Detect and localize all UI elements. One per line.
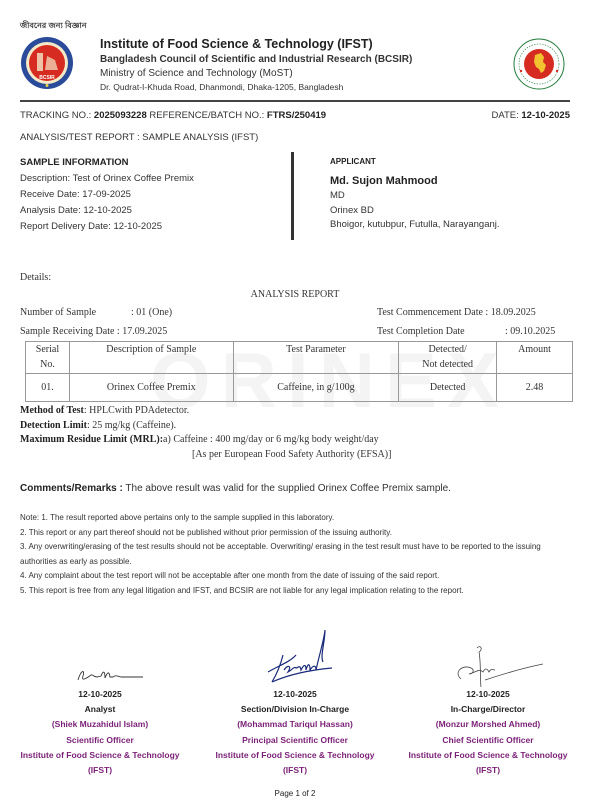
analysis-date: Analysis Date: 12-10-2025 xyxy=(20,203,194,219)
bcsir-logo: BCSIR xyxy=(20,36,74,90)
mrl-source: [As per European Food Safety Authority (… xyxy=(20,448,391,463)
results-table: SerialNo. Description of Sample Test Par… xyxy=(25,341,573,402)
number-of-sample-value: : 01 (One) xyxy=(131,307,172,318)
detection-limit: Detection Limit: 25 mg/kg (Caffeine). xyxy=(20,419,391,434)
table-row: 01. Orinex Coffee Premix Caffeine, in g/… xyxy=(26,374,573,402)
number-of-sample-label: Number of Sample xyxy=(20,307,131,318)
signatory-institute-abbr: (IFST) xyxy=(393,763,583,778)
signatory-designation: Chief Scientific Officer xyxy=(393,733,583,748)
signatory-name: (Mohammad Tariqul Hassan) xyxy=(200,717,390,732)
signatory-designation: Principal Scientific Officer xyxy=(200,733,390,748)
date-value: 12-10-2025 xyxy=(521,110,570,121)
method-of-test: Method of Test: HPLCwith PDAdetector. xyxy=(20,404,391,419)
cell-parameter: Caffeine, in g/100g xyxy=(233,374,399,402)
applicant-name: Md. Sujon Mahmood xyxy=(330,174,500,189)
test-completion-date: Test Completion Date: 09.10.2025 xyxy=(377,326,555,337)
signatory-role: Section/Division In-Charge xyxy=(200,702,390,717)
signatory-role: In-Charge/Director xyxy=(393,702,583,717)
reference-number: FTRS/250419 xyxy=(267,110,326,121)
section-divider xyxy=(291,152,294,240)
signatory-institute-abbr: (IFST) xyxy=(5,763,195,778)
signature-image xyxy=(200,622,390,687)
note-item: 5. This report is free from any legal li… xyxy=(20,584,575,599)
number-of-sample: Number of Sample: 01 (One) xyxy=(20,307,172,318)
date-label: DATE: xyxy=(491,110,521,121)
signature-image xyxy=(393,622,583,687)
receive-date: Receive Date: 17-09-2025 xyxy=(20,187,194,203)
test-methods: Method of Test: HPLCwith PDAdetector. De… xyxy=(20,404,391,462)
sample-receiving-date: Sample Receiving Date : 17.09.2025 xyxy=(20,326,167,337)
applicant-heading: APPLICANT xyxy=(330,155,500,170)
signatory-institute: Institute of Food Science & Technology xyxy=(5,748,195,763)
signature-image xyxy=(5,622,195,687)
page-number: Page 1 of 2 xyxy=(0,789,590,798)
council-name: Bangladesh Council of Scientific and Ind… xyxy=(100,52,412,67)
tracking-number: 2025093228 xyxy=(94,110,147,121)
table-header-row: SerialNo. Description of Sample Test Par… xyxy=(26,342,573,374)
bangladesh-government-seal xyxy=(513,38,565,90)
cell-detected: Detected xyxy=(399,374,497,402)
report-type: ANALYSIS/TEST REPORT : SAMPLE ANALYSIS (… xyxy=(20,132,258,143)
signatory-designation: Scientific Officer xyxy=(5,733,195,748)
applicant-company: Orinex BD xyxy=(330,204,500,219)
completion-label: Test Completion Date xyxy=(377,326,505,337)
header-divider xyxy=(20,100,570,102)
signatory-institute-abbr: (IFST) xyxy=(200,763,390,778)
comments-remarks: Comments/Remarks : The above result was … xyxy=(20,483,451,494)
tracking-label: TRACKING NO.: xyxy=(20,110,94,121)
header-description: Description of Sample xyxy=(69,342,233,374)
header-detected: Detected/Not detected xyxy=(399,342,497,374)
signatory-director: 12-10-2025 In-Charge/Director (Monzur Mo… xyxy=(393,622,583,778)
test-commencement-date: Test Commencement Date : 18.09.2025 xyxy=(377,307,536,318)
header-parameter: Test Parameter xyxy=(233,342,399,374)
signatory-date: 12-10-2025 xyxy=(200,687,390,702)
report-date: DATE: 12-10-2025 xyxy=(491,110,570,121)
institute-name: Institute of Food Science & Technology (… xyxy=(100,36,412,52)
applicant-information: APPLICANT Md. Sujon Mahmood MD Orinex BD… xyxy=(330,155,500,233)
note-item: 2. This report or any part thereof shoul… xyxy=(20,526,575,541)
signatory-date: 12-10-2025 xyxy=(5,687,195,702)
comments-label: Comments/Remarks : xyxy=(20,483,123,494)
note-item: Note: 1. The result reported above perta… xyxy=(20,511,575,526)
sample-description: Description: Test of Orinex Coffee Premi… xyxy=(20,171,194,187)
signatory-institute: Institute of Food Science & Technology xyxy=(200,748,390,763)
signatory-division-incharge: 12-10-2025 Section/Division In-Charge (M… xyxy=(200,622,390,778)
tracking-row: TRACKING NO.: 2025093228 REFERENCE/BATCH… xyxy=(20,110,570,121)
completion-value: : 09.10.2025 xyxy=(505,326,555,337)
cell-serial: 01. xyxy=(26,374,70,402)
maximum-residue-limit: Maximum Residue Limit (MRL):a) Caffeine … xyxy=(20,433,391,448)
note-item: 4. Any complaint about the test report w… xyxy=(20,569,575,584)
reference-label: REFERENCE/BATCH NO.: xyxy=(147,110,267,121)
notes-list: Note: 1. The result reported above perta… xyxy=(20,511,575,598)
signatory-date: 12-10-2025 xyxy=(393,687,583,702)
header-amount: Amount xyxy=(497,342,573,374)
cell-amount: 2.48 xyxy=(497,374,573,402)
cell-description: Orinex Coffee Premix xyxy=(69,374,233,402)
sample-information-heading: SAMPLE INFORMATION xyxy=(20,155,194,171)
sample-information: SAMPLE INFORMATION Description: Test of … xyxy=(20,155,194,235)
header-serial: SerialNo. xyxy=(26,342,70,374)
comments-text: The above result was valid for the suppl… xyxy=(123,483,451,494)
svg-text:BCSIR: BCSIR xyxy=(39,75,55,81)
delivery-date: Report Delivery Date: 12-10-2025 xyxy=(20,219,194,235)
note-item: 3. Any overwriting/erasing of the test r… xyxy=(20,540,575,569)
signatory-name: (Monzur Morshed Ahmed) xyxy=(393,717,583,732)
header-text: Institute of Food Science & Technology (… xyxy=(100,36,412,94)
signatory-analyst: 12-10-2025 Analyst (Shiek Muzahidul Isla… xyxy=(5,622,195,778)
signatory-name: (Shiek Muzahidul Islam) xyxy=(5,717,195,732)
signatory-role: Analyst xyxy=(5,702,195,717)
applicant-address: Bhoigor, kutubpur, Futulla, Narayanganj. xyxy=(330,218,500,233)
details-label: Details: xyxy=(20,272,51,283)
header-tagline: জীবনের জন্য বিজ্ঞান xyxy=(20,20,86,33)
signatory-institute: Institute of Food Science & Technology xyxy=(393,748,583,763)
applicant-designation: MD xyxy=(330,189,500,204)
institute-address: Dr. Qudrat-I-Khuda Road, Dhanmondi, Dhak… xyxy=(100,81,412,94)
ministry-name: Ministry of Science and Technology (MoST… xyxy=(100,67,412,81)
analysis-report-title: ANALYSIS REPORT xyxy=(0,289,590,300)
